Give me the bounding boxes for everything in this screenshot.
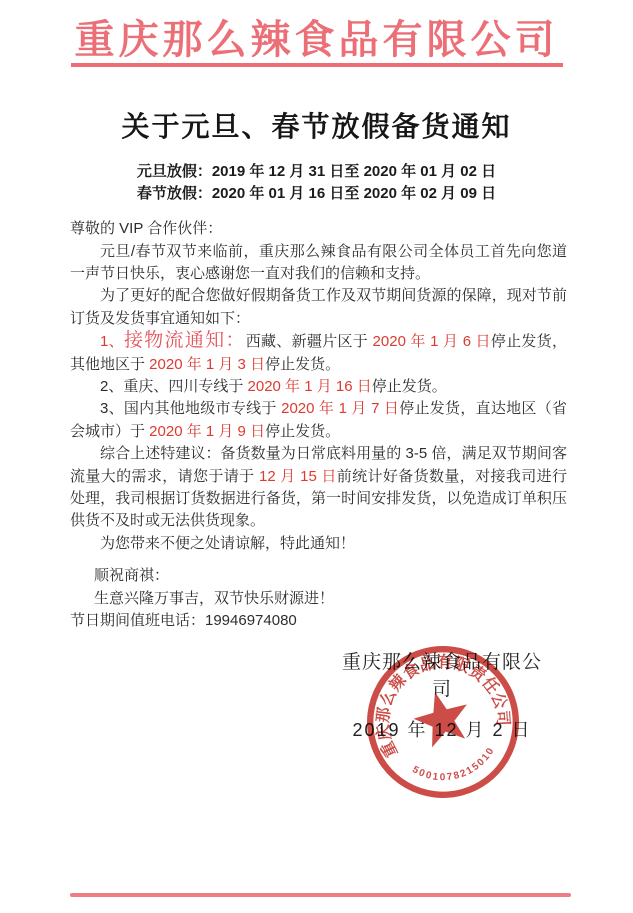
regards-line-2: 生意兴隆万事吉，双节快乐财源进！ <box>94 588 567 610</box>
notice-body: 尊敬的 VIP 合作伙伴： 元旦/春节双节来临前，重庆那么辣食品有限公司全体员工… <box>70 218 567 632</box>
footer-divider-line <box>70 893 571 897</box>
spring-festival-holiday-line: 春节放假：2020 年 01 月 16 日至 2020 年 02 月 09 日 <box>0 183 633 205</box>
regards-block: 顺祝商祺： 生意兴隆万事吉，双节快乐财源进！ <box>94 565 567 610</box>
item3-date1: 2020 年 1 月 7 日 <box>281 400 399 417</box>
advice-date1: 12 月 15 日 <box>259 468 337 485</box>
item1-date2: 2020 年 1 月 3 日 <box>149 356 265 373</box>
signature-company: 重庆那么辣食品有限公司 <box>333 647 551 701</box>
new-year-holiday-line: 元旦放假：2019 年 12 月 31 日至 2020 年 01 月 02 日 <box>0 161 633 183</box>
item1-text3: 停止发货。 <box>265 356 340 373</box>
item1-date1: 2020 年 1 月 6 日 <box>373 333 491 350</box>
item3-text3: 停止发货。 <box>265 423 340 440</box>
paragraph-purpose: 为了更好的配合您做好假期备货工作及双节期间货源的保障，现对节前订货及发货事宜通知… <box>70 285 567 330</box>
item2-text1: 2、重庆、四川专线于 <box>100 378 248 395</box>
closing-line: 为您带来不便之处请谅解，特此通知！ <box>70 533 567 555</box>
regards-line-1: 顺祝商祺： <box>94 565 567 587</box>
logistics-item-3: 3、国内其他地级市专线于 2020 年 1 月 7 日停止发货，直达地区（省会城… <box>70 398 567 443</box>
paragraph-greeting: 元旦/春节双节来临前，重庆那么辣食品有限公司全体员工首先向您道一声节日快乐，衷心… <box>70 241 567 286</box>
item3-text1: 3、国内其他地级市专线于 <box>100 400 281 417</box>
seal-serial-number: 5001078215010 <box>408 743 502 793</box>
holiday-dates: 元旦放假：2019 年 12 月 31 日至 2020 年 01 月 02 日 … <box>0 161 633 205</box>
item2-date1: 2020 年 1 月 16 日 <box>248 378 372 395</box>
signature-date: 2019 年 12 月 2 日 <box>333 716 551 742</box>
company-letterhead-title: 重庆那么辣食品有限公司 <box>71 18 563 67</box>
document-page: 重庆那么辣食品有限公司 关于元旦、春节放假备货通知 元旦放假：2019 年 12… <box>0 0 633 913</box>
signature-block: 重庆那么辣食品有限公司 2019 年 12 月 2 日 <box>333 647 551 742</box>
stocking-advice: 综合上述特建议：备货数量为日常底料用量的 3-5 倍，满足双节期间客流量大的需求… <box>70 443 567 533</box>
item3-date2: 2020 年 1 月 9 日 <box>149 423 265 440</box>
notice-title: 关于元旦、春节放假备货通知 <box>0 111 633 143</box>
salutation: 尊敬的 VIP 合作伙伴： <box>70 218 567 240</box>
item1-text1: 西藏、新疆片区于 <box>246 333 373 350</box>
logistics-item-2: 2、重庆、四川专线于 2020 年 1 月 16 日停止发货。 <box>70 376 567 398</box>
duty-phone-line: 节日期间值班电话：19946974080 <box>70 610 567 632</box>
logistics-item-1: 1、接物流通知：西藏、新疆片区于 2020 年 1 月 6 日停止发货，其他地区… <box>70 330 567 376</box>
letterhead: 重庆那么辣食品有限公司 <box>0 0 633 67</box>
item2-text2: 停止发货。 <box>372 378 447 395</box>
item1-label: 接物流通知： <box>124 330 246 351</box>
item1-number: 1、 <box>100 333 124 350</box>
